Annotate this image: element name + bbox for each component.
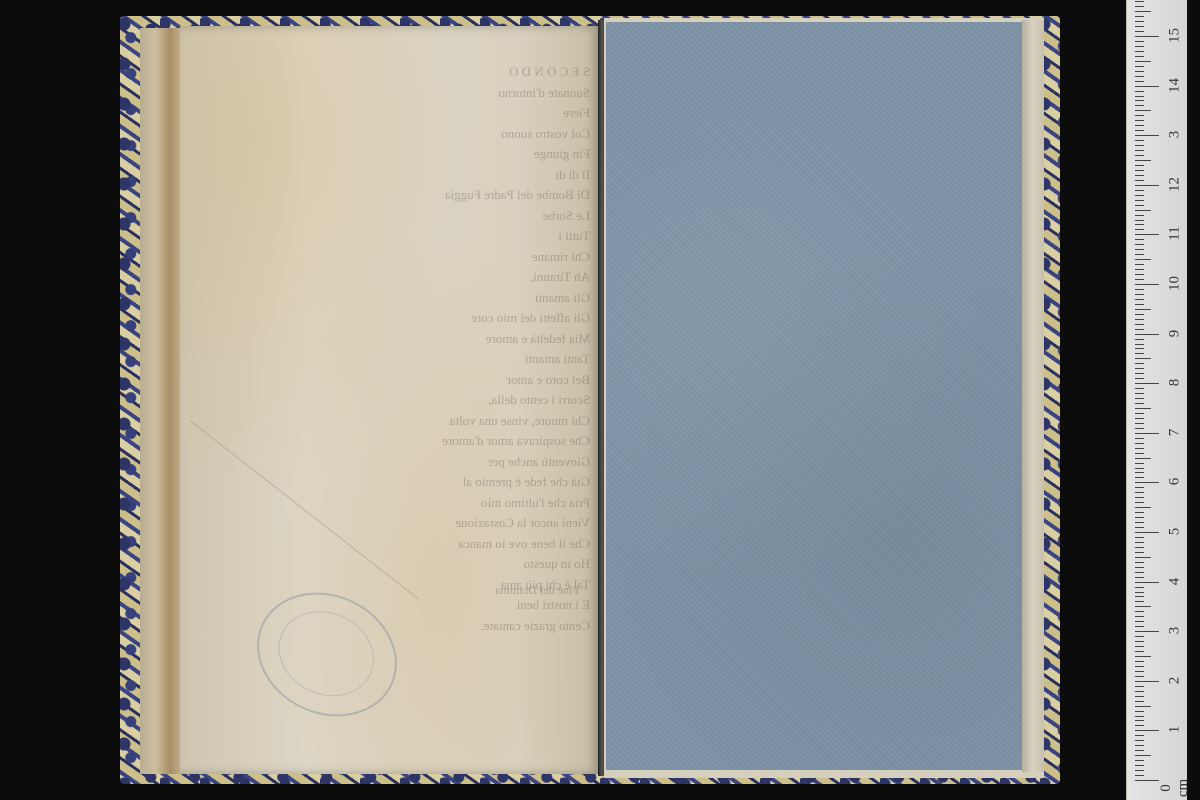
ruler-tick [1135, 517, 1144, 518]
ruler-tick [1135, 577, 1144, 578]
ruler-tick [1135, 388, 1144, 389]
ruler-tick [1135, 284, 1159, 285]
ruler-label: 8 [1167, 371, 1184, 395]
ruler-tick [1135, 438, 1144, 439]
ruler-tick [1135, 299, 1144, 300]
ruler-tick [1135, 229, 1144, 230]
ruler-tick [1135, 120, 1144, 121]
ruler-tick [1135, 413, 1144, 414]
ruler-tick [1135, 279, 1144, 280]
ruler-tick [1135, 56, 1144, 57]
ruler-label: 9 [1167, 321, 1184, 345]
ruler-tick [1135, 725, 1144, 726]
ruler-tick [1135, 81, 1144, 82]
ruler-label: 1 [1167, 718, 1184, 742]
ruler-tick [1135, 96, 1144, 97]
ruler-tick [1135, 482, 1159, 483]
ruler-tick [1135, 205, 1144, 206]
ruler-tick [1135, 646, 1144, 647]
ruler-tick [1135, 463, 1144, 464]
ruler-tick [1135, 378, 1144, 379]
ruler-tick [1135, 319, 1144, 320]
ruler-tick [1135, 740, 1144, 741]
ruler-tick [1135, 398, 1144, 399]
ruler-tick [1135, 492, 1144, 493]
ruler-tick [1135, 458, 1151, 459]
ruler-tick [1135, 711, 1144, 712]
ruler-label: 14 [1167, 73, 1184, 97]
ruler-tick [1135, 86, 1159, 87]
ruler-tick [1135, 180, 1144, 181]
ruler-tick [1135, 403, 1144, 404]
ruler-label: 3 [1167, 619, 1184, 643]
ruler-tick [1135, 130, 1144, 131]
ruler-tick [1135, 507, 1151, 508]
ruler-tick [1135, 200, 1144, 201]
ruler-tick [1135, 557, 1151, 558]
ruler-tick [1135, 497, 1144, 498]
ruler-tick [1135, 175, 1144, 176]
ruler-tick [1135, 220, 1144, 221]
ruler-tick [1135, 760, 1144, 761]
ruler-label: 6 [1167, 470, 1184, 494]
ruler-label: 12 [1167, 172, 1184, 196]
ruler-tick [1135, 140, 1144, 141]
ruler-tick [1135, 750, 1144, 751]
ruler-tick [1135, 368, 1144, 369]
ruler-tick [1135, 527, 1144, 528]
ruler-tick [1135, 666, 1144, 667]
ruler-tick [1135, 418, 1144, 419]
ruler-tick [1135, 547, 1144, 548]
ruler-tick [1135, 254, 1144, 255]
ruler-tick [1135, 755, 1151, 756]
ruler-tick [1135, 269, 1144, 270]
ruler-tick [1135, 51, 1144, 52]
ruler-tick [1135, 185, 1159, 186]
ruler-tick [1135, 383, 1159, 384]
ruler-tick [1135, 294, 1144, 295]
ruler-tick [1135, 775, 1144, 776]
ruler-tick [1135, 706, 1151, 707]
ruler-tick [1135, 36, 1159, 37]
ruler-tick [1135, 46, 1144, 47]
ruler-tick [1135, 373, 1144, 374]
ruler-tick [1135, 656, 1151, 657]
ruler-tick [1135, 274, 1144, 275]
ruler-tick [1135, 239, 1144, 240]
ruler-tick [1135, 651, 1144, 652]
ruler-tick [1135, 190, 1144, 191]
ruler-label: 5 [1167, 520, 1184, 544]
ruler-tick [1135, 1, 1144, 2]
ruler-label: 11 [1167, 222, 1184, 246]
ruler-tick [1135, 621, 1144, 622]
ruler-tick [1135, 691, 1144, 692]
ruler-tick [1135, 542, 1144, 543]
ruler-tick [1135, 616, 1144, 617]
ruler-tick [1135, 41, 1144, 42]
ruler-tick [1135, 661, 1144, 662]
ruler-tick [1135, 76, 1144, 77]
ruler-tick [1135, 562, 1144, 563]
ruler-tick [1135, 105, 1144, 106]
ruler-tick [1135, 626, 1144, 627]
ruler-tick [1135, 592, 1144, 593]
ruler-tick [1135, 224, 1144, 225]
ruler-tick [1135, 66, 1144, 67]
ruler-tick [1135, 631, 1159, 632]
ruler-tick [1135, 468, 1144, 469]
ruler-tick [1135, 720, 1144, 721]
ruler-tick [1135, 259, 1151, 260]
ruler-tick [1135, 71, 1144, 72]
ruler-label: 0 cm [1158, 776, 1192, 800]
ruler-tick [1135, 264, 1144, 265]
ruler-tick [1135, 770, 1144, 771]
measurement-ruler: 0 cm12345678910111231415 [1126, 0, 1187, 800]
ruler-tick [1135, 195, 1144, 196]
ruler-tick [1135, 348, 1144, 349]
ruler-label: 3 [1167, 123, 1184, 147]
ruler-tick [1135, 522, 1144, 523]
ruler-tick [1135, 676, 1144, 677]
ruler-tick [1135, 487, 1144, 488]
ruler-tick [1135, 215, 1144, 216]
ruler-tick [1135, 393, 1144, 394]
ruler-tick [1135, 304, 1144, 305]
ruler-tick [1135, 502, 1144, 503]
ruler-tick [1135, 26, 1144, 27]
ruler-label: 7 [1167, 420, 1184, 444]
ruler-tick [1135, 353, 1144, 354]
ruler-tick [1135, 641, 1144, 642]
ruler-tick [1135, 160, 1151, 161]
ruler-tick [1135, 135, 1159, 136]
ruler-tick [1135, 765, 1144, 766]
ruler-label: 10 [1167, 272, 1184, 296]
show-through-footer: Fine del Dramma [495, 583, 579, 598]
show-through-text: S E C O N D O Suonate d'intorno Fiere Co… [355, 62, 590, 636]
ruler-tick [1135, 567, 1144, 568]
ruler-tick [1135, 433, 1159, 434]
stamp-inner-ring [265, 596, 388, 712]
ruler-tick [1135, 636, 1144, 637]
ruler-tick [1135, 155, 1144, 156]
ruler-tick [1135, 443, 1144, 444]
ruler-tick [1135, 582, 1159, 583]
ruler-tick [1135, 572, 1144, 573]
ruler-tick [1135, 145, 1144, 146]
ruler-tick [1135, 696, 1144, 697]
book-photo-scene: S E C O N D O Suonate d'intorno Fiere Co… [0, 0, 1200, 800]
ruler-tick [1135, 339, 1144, 340]
ruler-tick [1135, 244, 1144, 245]
ruler-tick [1135, 6, 1144, 7]
ruler-tick [1135, 170, 1144, 171]
ruler-label: 2 [1167, 668, 1184, 692]
ruler-tick [1135, 165, 1144, 166]
ruler-tick [1135, 408, 1151, 409]
ruler-tick [1135, 671, 1144, 672]
ruler-tick [1135, 358, 1151, 359]
flyleaf-edge [1022, 20, 1044, 772]
ruler-tick [1135, 686, 1144, 687]
ruler-tick [1135, 477, 1144, 478]
ruler-tick [1135, 532, 1159, 533]
ruler-tick [1135, 11, 1151, 12]
ruler-tick [1135, 587, 1144, 588]
ruler-tick [1135, 100, 1144, 101]
ruler-tick [1135, 344, 1144, 345]
ruler-tick [1135, 324, 1144, 325]
ruler-tick [1135, 601, 1144, 602]
ruler-tick [1135, 701, 1144, 702]
ruler-tick [1135, 472, 1144, 473]
ruler-tick [1135, 735, 1144, 736]
ruler-tick [1135, 681, 1159, 682]
ruler-tick [1135, 115, 1144, 116]
ruler-tick [1135, 537, 1144, 538]
ruler-tick [1135, 745, 1144, 746]
ruler-tick [1135, 606, 1151, 607]
ruler-tick [1135, 780, 1159, 781]
ruler-tick [1135, 91, 1144, 92]
ruler-tick [1135, 16, 1144, 17]
ruler-label: 4 [1167, 569, 1184, 593]
ruler-tick [1135, 423, 1144, 424]
ruler-tick [1135, 31, 1144, 32]
ruler-tick [1135, 21, 1144, 22]
ruler-tick [1135, 125, 1144, 126]
ruler-tick [1135, 552, 1144, 553]
ruler-tick [1135, 428, 1144, 429]
ruler-tick [1135, 716, 1144, 717]
ruler-tick [1135, 110, 1151, 111]
ruler-tick [1135, 210, 1151, 211]
ruler-tick [1135, 314, 1144, 315]
ruler-tick [1135, 512, 1144, 513]
blue-endpaper [606, 22, 1022, 770]
ruler-tick [1135, 61, 1151, 62]
ruler-label: 15 [1167, 24, 1184, 48]
ruler-tick [1135, 289, 1144, 290]
ruler-tick [1135, 448, 1144, 449]
ruler-tick [1135, 150, 1144, 151]
ruler-tick [1135, 309, 1151, 310]
ruler-tick [1135, 329, 1144, 330]
ruler-tick [1135, 334, 1159, 335]
ruler-tick [1135, 611, 1144, 612]
ruler-tick [1135, 453, 1144, 454]
ruler-tick [1135, 249, 1144, 250]
ruler-tick [1135, 363, 1144, 364]
ruler-tick [1135, 730, 1159, 731]
ruler-tick [1135, 234, 1159, 235]
ruler-tick [1135, 596, 1144, 597]
